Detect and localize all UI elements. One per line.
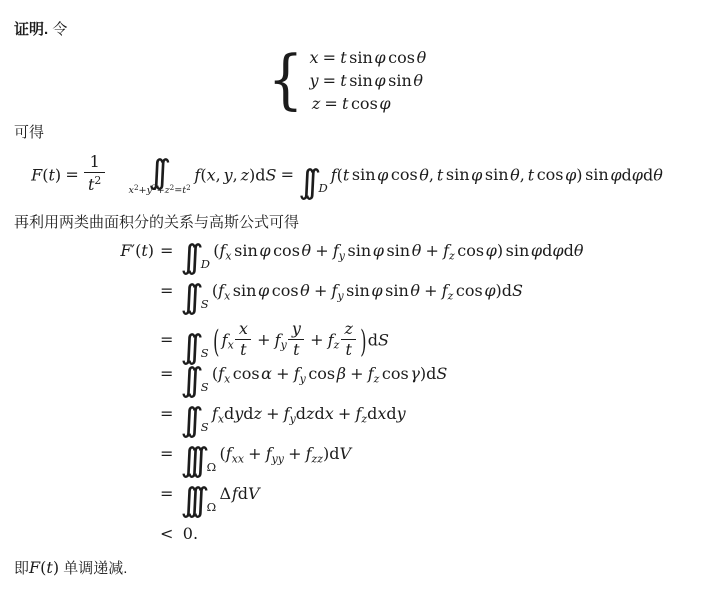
conclusion-text: 即F(t) 单调递减. [14, 557, 724, 579]
derivation-row-2: =∫∫S(fxsinφcosθ+fysinφsinθ+fzcosφ)dS [118, 281, 724, 321]
cases-rows: x=tsinφcosθ y=tsinφsinθ z=tcosφ [309, 46, 426, 115]
derivation-row-1: F′(t)=∫∫D(fxsinφcosθ+fysinφsinθ+fzcosφ)s… [118, 241, 724, 281]
cases-equation: { x=tsinφcosθ y=tsinφsinθ z=tcosφ [0, 46, 724, 115]
proof-lead-text: 令 [48, 21, 67, 38]
derivation-block: F′(t)=∫∫D(fxsinφcosθ+fysinφsinθ+fzcosφ)s… [118, 241, 724, 550]
document-page: 证明. 令 { x=tsinφcosθ y=tsinφsinθ z=tcosφ … [0, 0, 724, 592]
proof-label: 证明. [14, 21, 48, 38]
proof-heading: 证明. 令 [14, 0, 724, 40]
derivation-row-4: =∫∫S(fxcosα+fycosβ+fzcosγ)dS [118, 364, 724, 404]
equation-y: y=tsinφsinθ [309, 69, 426, 92]
conclusion-suffix: 单调递减. [59, 560, 127, 577]
kede-text: 可得 [14, 122, 724, 143]
ft-display-equation: F(t)=1t2∫∫x2+y2+z2=t2f(x,y,z)dS=∫∫Df(tsi… [0, 145, 724, 207]
derivation-row-5: =∫∫Sfxdydz+fydzdx+fzdxdy [118, 404, 724, 444]
derivation-row-7: =∫∫∫ΩΔfdV [118, 484, 724, 524]
conclusion-prefix: 即 [14, 560, 29, 577]
gauss-text: 再利用两类曲面积分的关系与高斯公式可得 [14, 212, 724, 233]
derivation-row-3: =∫∫S(fxxt+fyyt+fzzt)dS [118, 321, 724, 364]
conclusion-math: F(t) [29, 558, 59, 577]
cases-left-brace: { [268, 48, 304, 112]
derivation-row-6: =∫∫∫Ω(fxx+fyy+fzz)dV [118, 444, 724, 484]
equation-x: x=tsinφcosθ [309, 46, 426, 69]
equation-z: z=tcosφ [309, 92, 426, 115]
derivation-row-8: <0. [118, 524, 724, 550]
ft-equation: F(t)=1t2∫∫x2+y2+z2=t2f(x,y,z)dS=∫∫Df(tsi… [31, 154, 663, 199]
